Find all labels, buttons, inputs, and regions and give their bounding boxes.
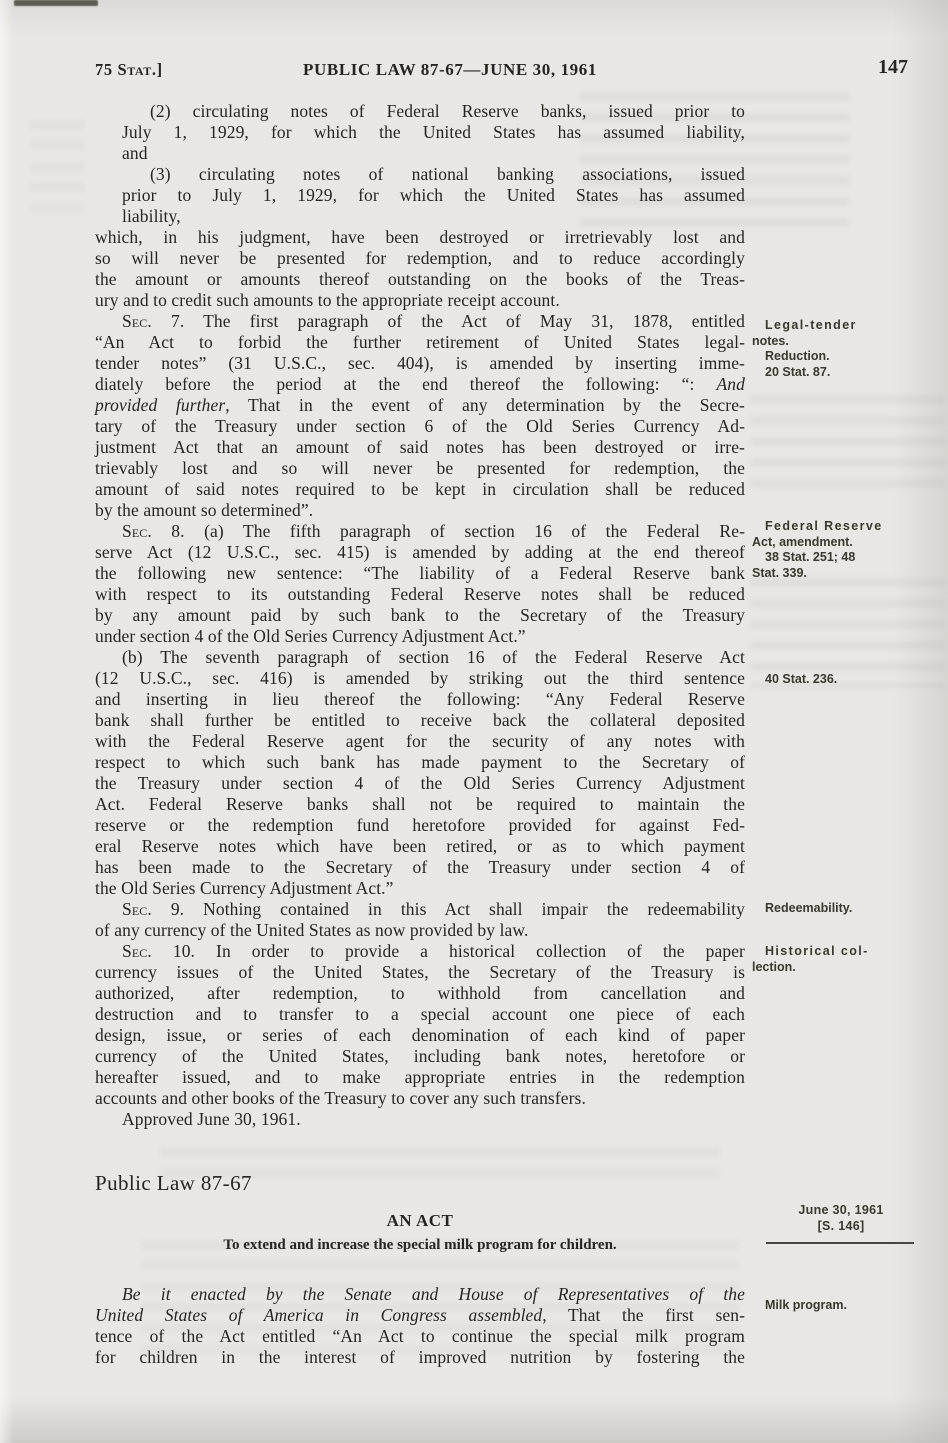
section-clause-2: (2) circulating notes of Federal Reserve… <box>95 101 745 164</box>
running-head-title: PUBLIC LAW 87-67—JUNE 30, 1961 <box>95 60 775 80</box>
statutes-at-large-page: 75 Stat.] PUBLIC LAW 87-67—JUNE 30, 1961… <box>0 0 948 1443</box>
text-line: diately before the period at the end the… <box>95 374 745 395</box>
margin-note-milk-program: Milk program. <box>752 1298 944 1314</box>
text-line: liability, <box>95 206 745 227</box>
text-line: accounts and other books of the Treasury… <box>95 1088 745 1109</box>
text-line: (b) The seventh paragraph of section 16 … <box>95 647 745 668</box>
text-line: with the Federal Reserve agent for the s… <box>95 731 745 752</box>
text-line: design, issue, or series of each denomin… <box>95 1025 745 1046</box>
text-line: currency of the United States, including… <box>95 1046 745 1067</box>
text-line: by any amount paid by such bank to the S… <box>95 605 745 626</box>
approved-line: Approved June 30, 1961. <box>95 1109 745 1130</box>
scan-artifact-mark <box>14 0 98 6</box>
page-number: 147 <box>878 56 908 79</box>
margin-note-40-stat-236: 40 Stat. 236. <box>752 672 944 688</box>
section-hanging-clause: which, in his judgment, have been destro… <box>95 227 745 311</box>
text-line: Act. Federal Reserve banks shall not be … <box>95 794 745 815</box>
margin-note-historical-collection: Historical col-lection. <box>752 944 944 975</box>
text-line: and <box>95 143 745 164</box>
text-line: which, in his judgment, have been destro… <box>95 227 745 248</box>
text-line: provided further, That in the event of a… <box>95 395 745 416</box>
section-10: Sec. 10. In order to provide a historica… <box>95 941 745 1109</box>
body-column: (2) circulating notes of Federal Reserve… <box>95 101 745 1368</box>
text-line: Sec. 8. (a) The fifth paragraph of secti… <box>95 521 745 542</box>
text-line: destruction and to transfer to a special… <box>95 1004 745 1025</box>
bleed-through-ghost <box>30 120 85 215</box>
public-law-heading: Public Law 87-67 <box>95 1170 745 1196</box>
section-clause-3: (3) circulating notes of national bankin… <box>95 164 745 227</box>
text-line: July 1, 1929, for which the United State… <box>95 122 745 143</box>
an-act-heading: AN ACT <box>95 1210 745 1232</box>
text-line: ury and to credit such amounts to the ap… <box>95 290 745 311</box>
text-line: with respect to its outstanding Federal … <box>95 584 745 605</box>
margin-note-line: Reduction. <box>752 349 944 365</box>
text-line: hereafter issued, and to make appropriat… <box>95 1067 745 1088</box>
text-line: under section 4 of the Old Series Curren… <box>95 626 745 647</box>
margin-note-line: notes. <box>752 334 944 350</box>
text-line: trievably lost and so will never be pres… <box>95 458 745 479</box>
text-line: the Old Series Currency Adjustment Act.” <box>95 878 745 899</box>
bleed-through-ghost <box>750 395 945 495</box>
text-line: Sec. 10. In order to provide a historica… <box>95 941 745 962</box>
margin-note-federal-reserve-act: Federal ReserveAct, amendment.38 Stat. 2… <box>752 519 944 581</box>
margin-note-line: Stat. 339. <box>752 566 944 582</box>
act-subtitle: To extend and increase the special milk … <box>95 1235 745 1255</box>
text-line: (3) circulating notes of national bankin… <box>95 164 745 185</box>
text-line: tender notes” (31 U.S.C., sec. 404), is … <box>95 353 745 374</box>
section-8b: (b) The seventh paragraph of section 16 … <box>95 647 745 899</box>
text-line: so will never be presented for redemptio… <box>95 248 745 269</box>
margin-note-line: 40 Stat. 236. <box>752 672 944 688</box>
section-7: Sec. 7. The first paragraph of the Act o… <box>95 311 745 521</box>
margin-note-line: Federal Reserve <box>752 519 944 535</box>
margin-note-legal-tender-notes: Legal-tendernotes.Reduction.20 Stat. 87. <box>752 318 944 380</box>
text-line: the Treasury under section 4 of the Old … <box>95 773 745 794</box>
margin-note-line: Milk program. <box>752 1298 944 1314</box>
margin-note-line: Redeemability. <box>752 901 944 917</box>
text-line: for children in the interest of improved… <box>95 1347 745 1368</box>
text-line: the amount or amounts thereof outstandin… <box>95 269 745 290</box>
text-line: currency issues of the United States, th… <box>95 962 745 983</box>
text-line: “An Act to forbid the further retirement… <box>95 332 745 353</box>
text-line: (2) circulating notes of Federal Reserve… <box>95 101 745 122</box>
text-line: of any currency of the United States as … <box>95 920 745 941</box>
text-line: respect to which such bank has made paym… <box>95 752 745 773</box>
margin-note-redeemability: Redeemability. <box>752 901 944 917</box>
margin-note-line: Act, amendment. <box>752 535 944 551</box>
margin-note-line: 20 Stat. 87. <box>752 365 944 381</box>
text-line: Sec. 9. Nothing contained in this Act sh… <box>95 899 745 920</box>
text-line: eral Reserve notes which have been retir… <box>95 836 745 857</box>
text-line: justment Act that an amount of said note… <box>95 437 745 458</box>
margin-note-line: Historical col- <box>752 944 944 960</box>
text-line: bank shall further be entitled to receiv… <box>95 710 745 731</box>
text-line: Sec. 7. The first paragraph of the Act o… <box>95 311 745 332</box>
text-line: United States of America in Congress ass… <box>95 1305 745 1326</box>
text-line: by the amount so determined”. <box>95 500 745 521</box>
section-enacting-clause: Be it enacted by the Senate and House of… <box>95 1284 745 1368</box>
text-line: authorized, after redemption, to withhol… <box>95 983 745 1004</box>
text-line: the following new sentence: “The liabili… <box>95 563 745 584</box>
text-line: serve Act (12 U.S.C., sec. 415) is amend… <box>95 542 745 563</box>
margin-note-line: [S. 146] <box>756 1219 926 1235</box>
text-line: Be it enacted by the Senate and House of… <box>95 1284 745 1305</box>
text-line: tary of the Treasury under section 6 of … <box>95 416 745 437</box>
text-line: has been made to the Secretary of the Tr… <box>95 857 745 878</box>
text-line: and inserting in lieu thereof the follow… <box>95 689 745 710</box>
margin-note-line: Legal-tender <box>752 318 944 334</box>
text-line: Approved June 30, 1961. <box>95 1109 745 1130</box>
text-line: reserve or the redemption fund heretofor… <box>95 815 745 836</box>
text-line: (12 U.S.C., sec. 416) is amended by stri… <box>95 668 745 689</box>
section-8a: Sec. 8. (a) The fifth paragraph of secti… <box>95 521 745 647</box>
text-line: tence of the Act entitled “An Act to con… <box>95 1326 745 1347</box>
margin-note-bill-date: June 30, 1961[S. 146] <box>756 1203 926 1234</box>
margin-note-line: June 30, 1961 <box>756 1203 926 1219</box>
margin-note-rule <box>766 1242 914 1244</box>
text-line: amount of said notes required to be kept… <box>95 479 745 500</box>
text-line: prior to July 1, 1929, for which the Uni… <box>95 185 745 206</box>
margin-note-line: 38 Stat. 251; 48 <box>752 550 944 566</box>
margin-note-line: lection. <box>752 960 944 976</box>
section-9: Sec. 9. Nothing contained in this Act sh… <box>95 899 745 941</box>
